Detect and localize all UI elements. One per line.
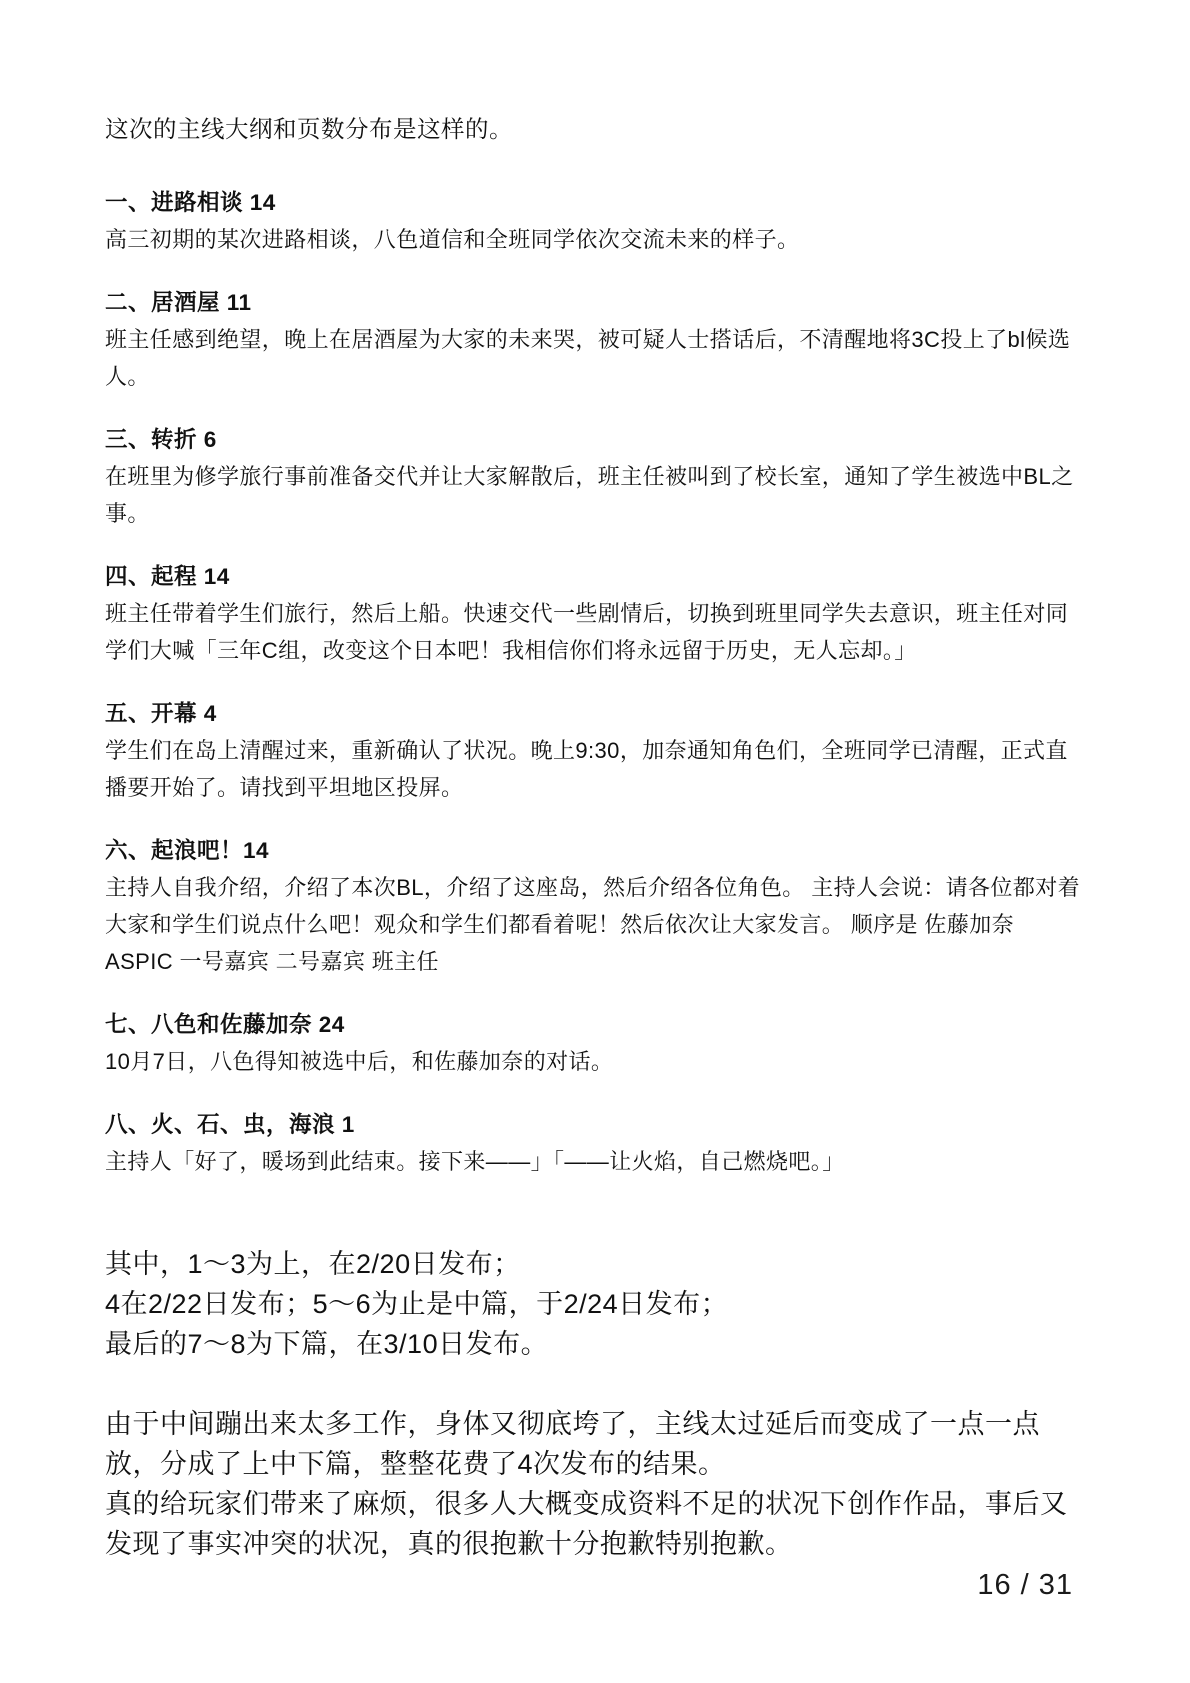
apology-paragraph: 由于中间蹦出来太多工作，身体又彻底垮了，主线太过延后而变成了一点一点放，分成了上… (105, 1404, 1085, 1484)
release-schedule: 其中，1～3为上，在2/20日发布； 4在2/22日发布；5～6为止是中篇，于2… (105, 1244, 1085, 1364)
section-body: 学生们在岛上清醒过来，重新确认了状况。晚上9:30，加奈通知角色们，全班同学已清… (105, 732, 1085, 806)
section-heading: 三、转折 6 (105, 421, 1085, 458)
release-schedule-line: 其中，1～3为上，在2/20日发布； (105, 1244, 1085, 1284)
outline-section-4: 四、起程 14 班主任带着学生们旅行，然后上船。快速交代一些剧情后，切换到班里同… (105, 558, 1085, 669)
apology-paragraph: 真的给玩家们带来了麻烦，很多人大概变成资料不足的状况下创作作品，事后又发现了事实… (105, 1484, 1085, 1564)
release-schedule-line: 4在2/22日发布；5～6为止是中篇，于2/24日发布； (105, 1284, 1085, 1324)
section-body: 班主任带着学生们旅行，然后上船。快速交代一些剧情后，切换到班里同学失去意识，班主… (105, 595, 1085, 669)
intro-text: 这次的主线大纲和页数分布是这样的。 (105, 111, 1085, 148)
document-page: 这次的主线大纲和页数分布是这样的。 一、进路相谈 14 高三初期的某次进路相谈，… (0, 0, 1190, 1683)
outline-section-7: 七、八色和佐藤加奈 24 10月7日，八色得知被选中后，和佐藤加奈的对话。 (105, 1006, 1085, 1080)
section-heading: 七、八色和佐藤加奈 24 (105, 1006, 1085, 1043)
page-number: 16 / 31 (977, 1568, 1073, 1602)
apology-note: 由于中间蹦出来太多工作，身体又彻底垮了，主线太过延后而变成了一点一点放，分成了上… (105, 1404, 1085, 1564)
section-heading: 八、火、石、虫，海浪 1 (105, 1106, 1085, 1143)
outline-section-6: 六、起浪吧！14 主持人自我介绍，介绍了本次BL，介绍了这座岛，然后介绍各位角色… (105, 832, 1085, 980)
section-heading: 六、起浪吧！14 (105, 832, 1085, 869)
section-heading: 五、开幕 4 (105, 695, 1085, 732)
outline-section-2: 二、居酒屋 11 班主任感到绝望，晚上在居酒屋为大家的未来哭，被可疑人士搭话后，… (105, 284, 1085, 395)
section-body: 在班里为修学旅行事前准备交代并让大家解散后，班主任被叫到了校长室，通知了学生被选… (105, 458, 1085, 532)
section-heading: 四、起程 14 (105, 558, 1085, 595)
outline-section-3: 三、转折 6 在班里为修学旅行事前准备交代并让大家解散后，班主任被叫到了校长室，… (105, 421, 1085, 532)
section-body: 主持人「好了，暖场到此结束。接下来——」「——让火焰，自己燃烧吧。」 (105, 1143, 1085, 1180)
section-body: 班主任感到绝望，晚上在居酒屋为大家的未来哭，被可疑人士搭话后，不清醒地将3C投上… (105, 321, 1085, 395)
section-body: 主持人自我介绍，介绍了本次BL，介绍了这座岛，然后介绍各位角色。 主持人会说：请… (105, 869, 1085, 980)
outline-section-1: 一、进路相谈 14 高三初期的某次进路相谈，八色道信和全班同学依次交流未来的样子… (105, 184, 1085, 258)
outline-section-8: 八、火、石、虫，海浪 1 主持人「好了，暖场到此结束。接下来——」「——让火焰，… (105, 1106, 1085, 1180)
section-heading: 二、居酒屋 11 (105, 284, 1085, 321)
section-body: 10月7日，八色得知被选中后，和佐藤加奈的对话。 (105, 1043, 1085, 1080)
outline-section-5: 五、开幕 4 学生们在岛上清醒过来，重新确认了状况。晚上9:30，加奈通知角色们… (105, 695, 1085, 806)
section-heading: 一、进路相谈 14 (105, 184, 1085, 221)
release-schedule-line: 最后的7～8为下篇，在3/10日发布。 (105, 1324, 1085, 1364)
section-body: 高三初期的某次进路相谈，八色道信和全班同学依次交流未来的样子。 (105, 221, 1085, 258)
